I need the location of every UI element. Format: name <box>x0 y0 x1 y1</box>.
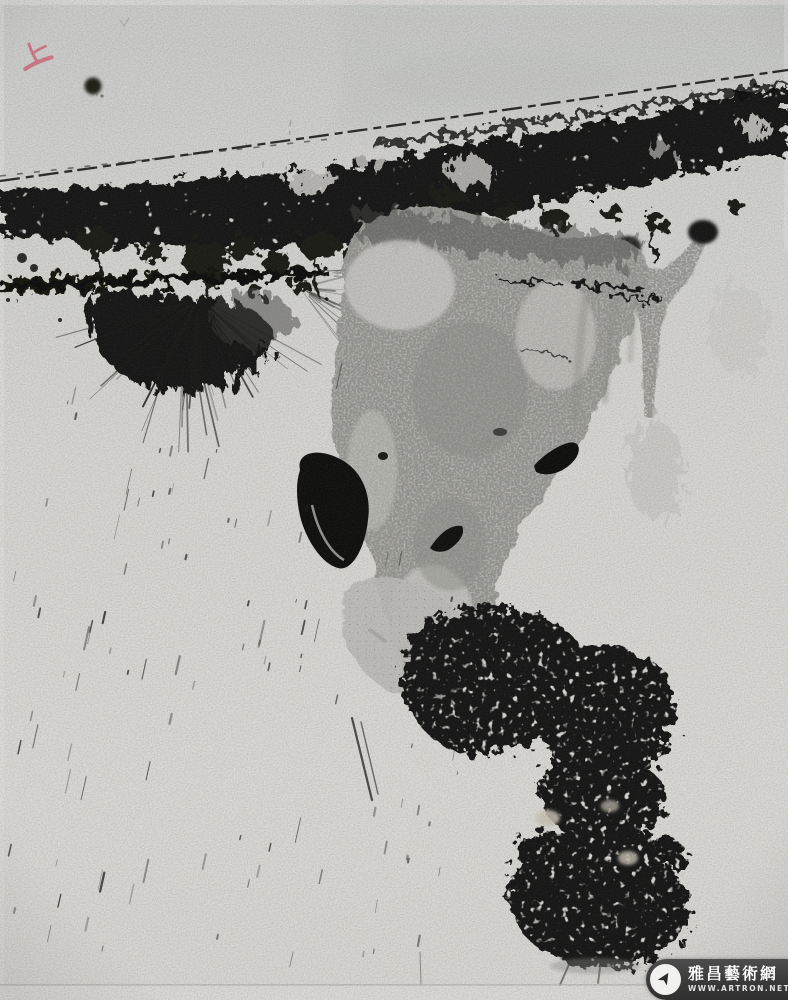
watermark-site-url: WWW.ARTRON.NET <box>688 984 788 993</box>
artwork-photograph: ➤ 雅昌藝術網 WWW.ARTRON.NET <box>0 0 788 1000</box>
artron-watermark: ➤ 雅昌藝術網 WWW.ARTRON.NET <box>646 959 788 1000</box>
artron-logo-icon: ➤ <box>650 964 681 995</box>
watermark-site-name: 雅昌藝術網 <box>688 966 788 983</box>
watermark-text: 雅昌藝術網 WWW.ARTRON.NET <box>688 966 788 994</box>
vignette <box>0 0 788 1000</box>
cursor-arrow-icon: ➤ <box>655 968 677 989</box>
ink-painting <box>0 0 788 1000</box>
